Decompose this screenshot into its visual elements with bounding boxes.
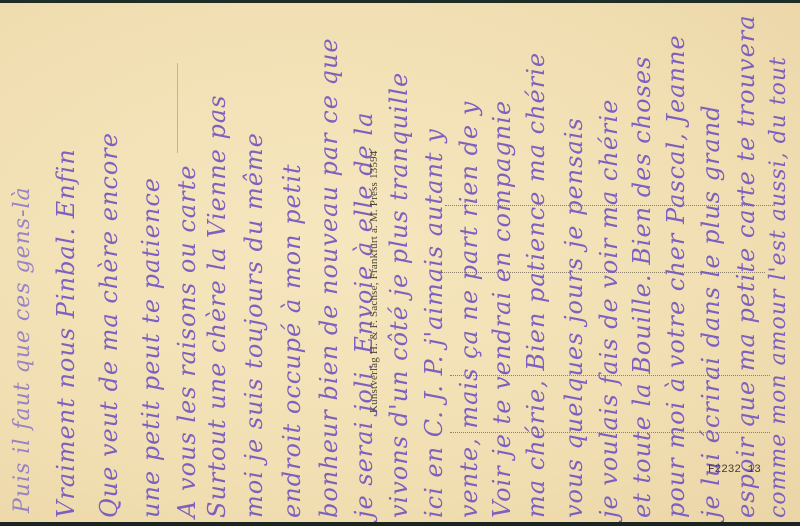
handwriting-line-3: Que veut de ma chère encore (95, 132, 123, 518)
publisher-imprint: Kunstverlag H. & F. Sachse, Frankfurt a.… (368, 151, 380, 413)
handwriting-line-19: pour moi à votre cher Pascal, Jeanne (662, 34, 690, 518)
handwriting-line-21: espoir que ma petite carte te trouvera (732, 14, 760, 518)
handwriting-line-22: comme mon amour l'est aussi, du tout (766, 56, 791, 518)
handwriting-line-7: moi je suis toujours du même (240, 132, 268, 518)
handwriting-line-9: bonheur bien de nouveau par ce que (315, 37, 343, 518)
margin-pen-stroke (177, 63, 178, 153)
handwriting-line-13: vente, mais ça ne part rien de y (455, 101, 483, 518)
handwriting-line-2: Vraiment nous Pinbal. Enfin (52, 148, 80, 518)
handwriting-line-1: Puis il faut que ces gens-là (10, 186, 35, 513)
scan-border-bottom (0, 522, 800, 526)
handwriting-line-6: Surtout une chère la Vienne pas (203, 95, 231, 518)
postcard-back: Puis il faut que ces gens-là Vraiment no… (0, 3, 800, 522)
handwriting-line-14: Voir je te vendrai en compagnie (488, 100, 516, 518)
handwriting-line-11: vivons d'un côté je plus tranquille (385, 72, 413, 518)
handwriting-line-12: ici en C. J. P. j'aimais autant y (420, 128, 448, 518)
series-code: F2232 13 (708, 464, 761, 476)
handwriting-line-8: endroit occupé à mon petit (278, 163, 306, 518)
handwriting-line-5: A vous les raisons ou carte (173, 165, 201, 518)
handwriting-line-4: une petit peut te patience (137, 177, 165, 518)
handwriting-line-15: ma chérie, Bien patience ma chérie (522, 52, 550, 518)
handwriting-line-16: vous quelques jours je pensais (560, 117, 588, 518)
handwriting-line-17: je voulais fais de voir ma chérie (595, 99, 623, 518)
handwriting-line-20: je lui écrirai dans le plus grand (697, 104, 725, 518)
handwriting-line-18: et toute la Bouille. Bien des choses (628, 56, 656, 518)
